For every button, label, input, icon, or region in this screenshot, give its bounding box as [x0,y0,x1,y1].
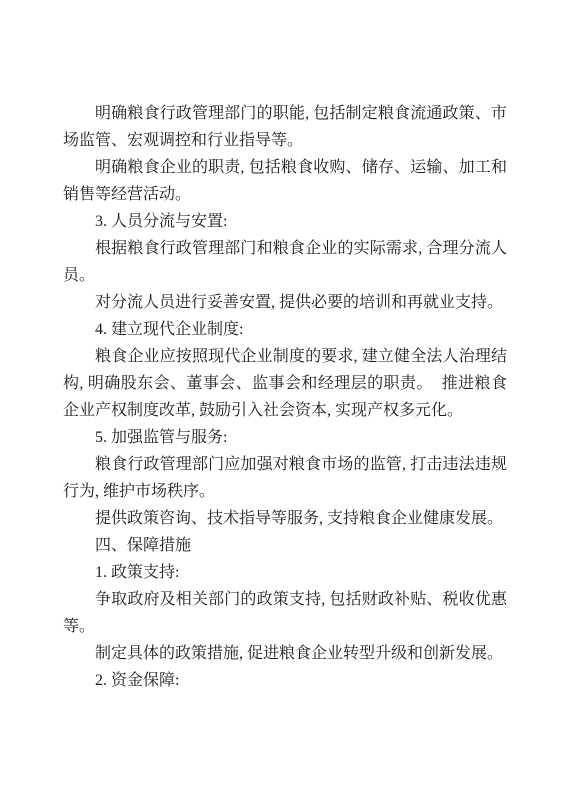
paragraph: 3. 人员分流与安置: [63,208,507,235]
paragraph: 明确粮食企业的职责, 包括粮食收购、储存、运输、加工和销售等经营活动。 [63,154,507,208]
paragraph: 1. 政策支持: [63,559,507,586]
paragraph: 制定具体的政策措施, 促进粮食企业转型升级和创新发展。 [63,640,507,667]
paragraph: 粮食企业应按照现代企业制度的要求, 建立健全法人治理结构, 明确股东会、董事会、… [63,343,507,424]
document-text-block: 明确粮食行政管理部门的职能, 包括制定粮食流通政策、市场监管、宏观调控和行业指导… [63,100,507,694]
paragraph: 4. 建立现代企业制度: [63,316,507,343]
paragraph: 明确粮食行政管理部门的职能, 包括制定粮食流通政策、市场监管、宏观调控和行业指导… [63,100,507,154]
paragraph: 四、保障措施 [63,532,507,559]
paragraph: 对分流人员进行妥善安置, 提供必要的培训和再就业支持。 [63,289,507,316]
document-page: 明确粮食行政管理部门的职能, 包括制定粮食流通政策、市场监管、宏观调控和行业指导… [0,0,570,807]
paragraph: 粮食行政管理部门应加强对粮食市场的监管, 打击违法违规行为, 维护市场秩序。 [63,451,507,505]
paragraph: 2. 资金保障: [63,667,507,694]
paragraph: 根据粮食行政管理部门和粮食企业的实际需求, 合理分流人员。 [63,235,507,289]
paragraph: 提供政策咨询、技术指导等服务, 支持粮食企业健康发展。 [63,505,507,532]
paragraph: 5. 加强监管与服务: [63,424,507,451]
paragraph: 争取政府及相关部门的政策支持, 包括财政补贴、税收优惠等。 [63,586,507,640]
